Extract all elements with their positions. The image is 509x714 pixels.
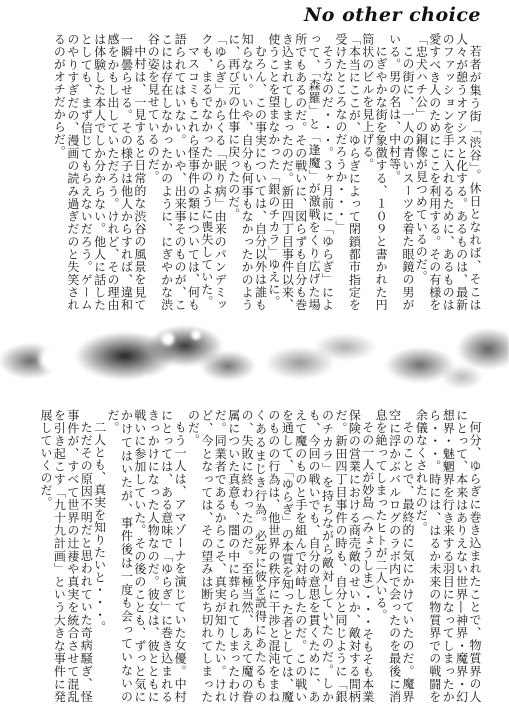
- paragraph: 二人とも、真実を知りたいと・・・。: [92, 409, 105, 703]
- bottom-text-block: 何分、ゆらぎに巻き込まれたことで、物質界の人にとって、本来はありえない世界―神界…: [35, 409, 481, 703]
- paragraph: ただその原因不明だと思われていた奇病騒ぎ、怪事件が、すべて世界の辻褄や真実を統合…: [39, 409, 93, 703]
- paragraph: 「ゆらぎ」からくる「眠り病」由来のパンデミックも、まるでなかったかのように喪失し…: [199, 33, 226, 311]
- paragraph: むろん、この事実については、自分以外は誰も知らない。いや、自分も何事もなかったか…: [226, 33, 266, 311]
- paragraph-dialogue: 「本当にここが、ゆらぎによって閉鎖都市指定を受けたところなのだろうか・・・」: [334, 33, 361, 311]
- paragraph: 若者が集う街「渋谷」。休日となれば、そこは人々が憩うオアシスと化する。あるものは…: [414, 33, 481, 311]
- paragraph: マスコミもこれら怪事件の類については、何も語られてはいない。いや、出来事そのもの…: [146, 33, 200, 311]
- paragraph: そのことで、最終的に気にかけていたのだ。魔界空に浮かぶバルログのラボ内で会ったの…: [374, 409, 414, 703]
- scene-photo: [0, 321, 509, 388]
- paragraph: 何分、ゆらぎに巻き込まれたことで、物質界の人にとって、本来はありえない世界―神界…: [414, 409, 481, 703]
- paragraph: この街に、一人の青いスーツを着た眼鏡の男がいる。男の名は、中村等。: [387, 33, 414, 311]
- paragraph: 中村は、一見すると日常的な渋谷の風景を見て一瞬曇らせる。その様子は他人からすれば…: [52, 33, 146, 311]
- paragraph: そうなのだ・・・。３ヶ月前に「ゆらぎ」によって、「森羅」と「逢魔」が激戦をくり広…: [267, 33, 334, 311]
- paragraph: その一人が妙島（みょうしま）・・・そもそも本業保険の営業における商売敵のせいか、…: [186, 409, 374, 703]
- top-text-block: 若者が集う街「渋谷」。休日となれば、そこは人々が憩うオアシスと化する。あるものは…: [35, 33, 481, 311]
- paragraph: にぎやかな街を象徴する、１０９と書かれた円筒状のビルを見上げる。: [360, 33, 387, 311]
- paragraph: もう一人は、アマゾーナを演じていた女優。中村にとっては、ある意味で「ゆらぎ」に巻…: [106, 409, 186, 703]
- novel-page: No other choice 若者が集う街「渋谷」。休日となれば、そこは人々が…: [0, 0, 509, 714]
- page-title: No other choice: [304, 4, 481, 26]
